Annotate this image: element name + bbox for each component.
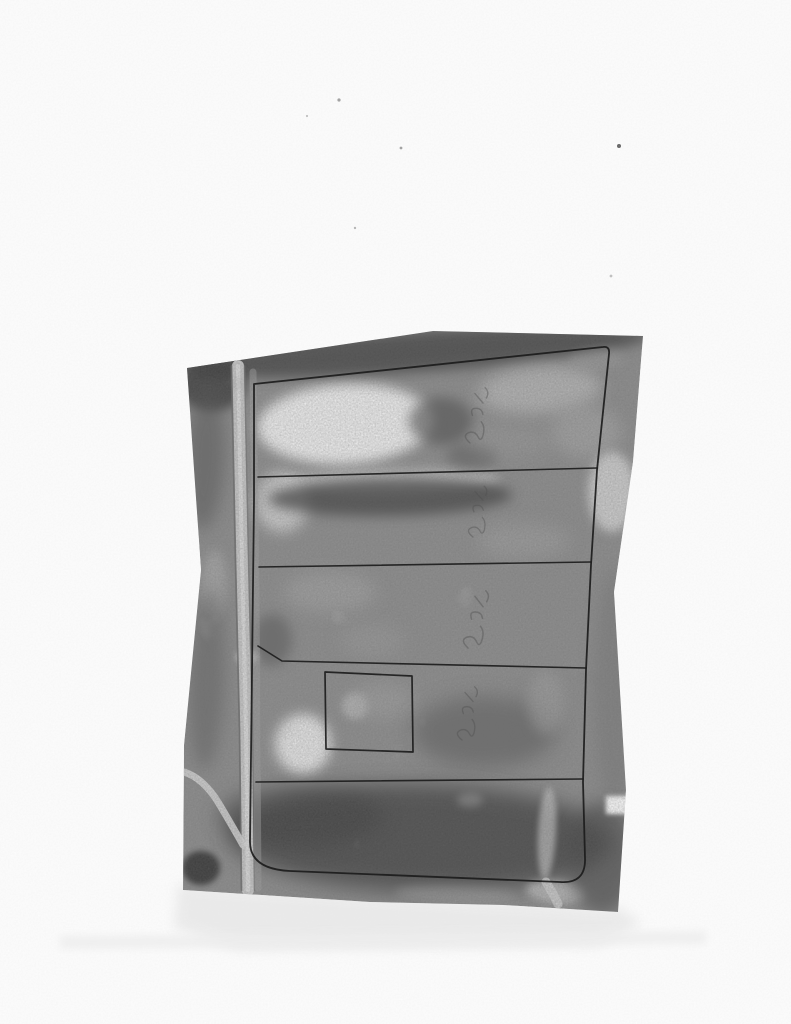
page-speck-5 <box>617 144 621 148</box>
photo-blotch-light <box>170 320 660 920</box>
scanned-document-page <box>0 0 791 1024</box>
page-speck-3 <box>400 147 403 150</box>
page-speck-2 <box>306 115 308 117</box>
aerial-photo <box>170 316 660 920</box>
page-speck-4 <box>354 227 356 229</box>
scan-canvas <box>0 0 791 1024</box>
page-speck-6 <box>610 275 613 278</box>
page-speck-1 <box>337 98 340 101</box>
